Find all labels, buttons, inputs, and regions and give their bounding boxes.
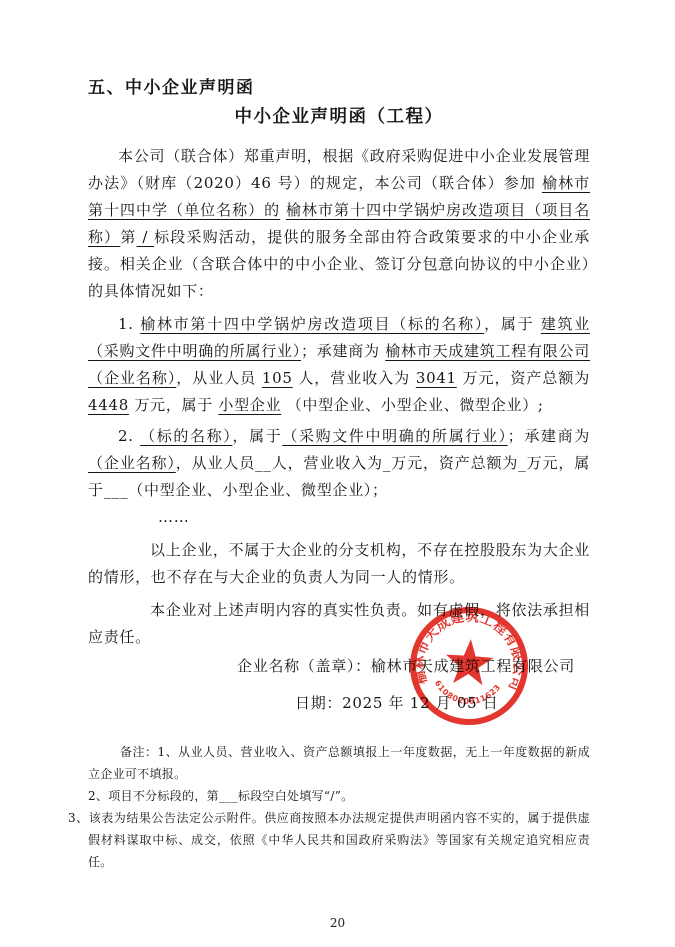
text-run: 本公司（联合体）郑重声明，根据《政府采购促进中小企业发展管理办法》（财库（202… xyxy=(88,147,590,192)
text-run: 1. xyxy=(118,315,140,333)
text-run: 人，营业收入为 xyxy=(293,369,416,387)
text-run: ；承建商为 xyxy=(508,427,590,445)
text-run: 2. xyxy=(118,427,140,445)
text-run: 小型企业 xyxy=(218,396,281,414)
paragraph-declaration-2: 本企业对上述声明内容的真实性负责。如有虚假，将依法承担相应责任。 xyxy=(88,597,590,651)
text-run: 万元，属于 xyxy=(129,396,218,414)
text-run: ，属于 xyxy=(484,315,541,333)
document-title: 中小企业声明函（工程） xyxy=(88,107,590,128)
text-run: / xyxy=(137,228,155,246)
page-number: 20 xyxy=(0,916,675,930)
text-run: 4448 xyxy=(88,396,129,414)
text-run: ，属于 xyxy=(232,427,282,445)
notes-block: 备注：1、从业人员、营业收入、资产总额填报上一年度数据，无上一年度数据的新成立企… xyxy=(88,741,590,873)
text-run: 第 xyxy=(120,228,136,246)
text-run: ；承建商为 xyxy=(301,342,385,360)
paragraph-item-1: 1. 榆林市第十四中学锅炉房改造项目（标的名称），属于 建筑业（采购文件中明确的… xyxy=(88,311,590,419)
text-run: 3041 xyxy=(416,369,457,387)
text-run: （企业名称） xyxy=(88,454,176,472)
text-run: 榆林市第十四中学锅炉房改造项目（标的名称） xyxy=(140,315,484,333)
document-content: 五、中小企业声明函 中小企业声明函（工程） 本公司（联合体）郑重声明，根据《政府… xyxy=(88,0,590,873)
text-run: （采购文件中明确的所属行业） xyxy=(282,427,507,445)
text-run: 万元，资产总额为 xyxy=(457,369,590,387)
note-2: 2、项目不分标段的，第___标段空白处填写“/”。 xyxy=(88,785,590,807)
company-signature-line: 企业名称（盖章）：榆林市天成建筑工程有限公司 xyxy=(237,653,590,680)
date-line: 日期：2025 年 12 月 05 日 xyxy=(295,690,590,717)
text-run: （中型企业、小型企业、微型企业）; xyxy=(281,396,543,414)
paragraph-intro: 本公司（联合体）郑重声明，根据《政府采购促进中小企业发展管理办法》（财库（202… xyxy=(88,143,590,305)
text-run: （标的名称） xyxy=(140,427,232,445)
section-heading: 五、中小企业声明函 xyxy=(88,78,590,98)
ellipsis-line: …… xyxy=(158,504,590,531)
paragraph-declaration-1: 以上企业，不属于大企业的分支机构，不存在控股股东为大企业的情形，也不存在与大企业… xyxy=(88,537,590,591)
text-run: 105 xyxy=(262,369,293,387)
note-1: 备注：1、从业人员、营业收入、资产总额填报上一年度数据，无上一年度数据的新成立企… xyxy=(88,741,590,785)
text-run: ，从业人员 xyxy=(176,369,262,387)
text-run: 标段采购活动，提供的服务全部由符合政策要求的中小企业承接。相关企业（含联合体中的… xyxy=(88,228,590,300)
paragraph-item-2: 2. （标的名称），属于（采购文件中明确的所属行业）；承建商为（企业名称），从业… xyxy=(88,423,590,504)
note-3: 3、该表为结果公告法定公示附件。供应商按照本办法规定提供声明函内容不实的，属于提… xyxy=(88,807,590,873)
document-page: 五、中小企业声明函 中小企业声明函（工程） 本公司（联合体）郑重声明，根据《政府… xyxy=(0,0,675,947)
